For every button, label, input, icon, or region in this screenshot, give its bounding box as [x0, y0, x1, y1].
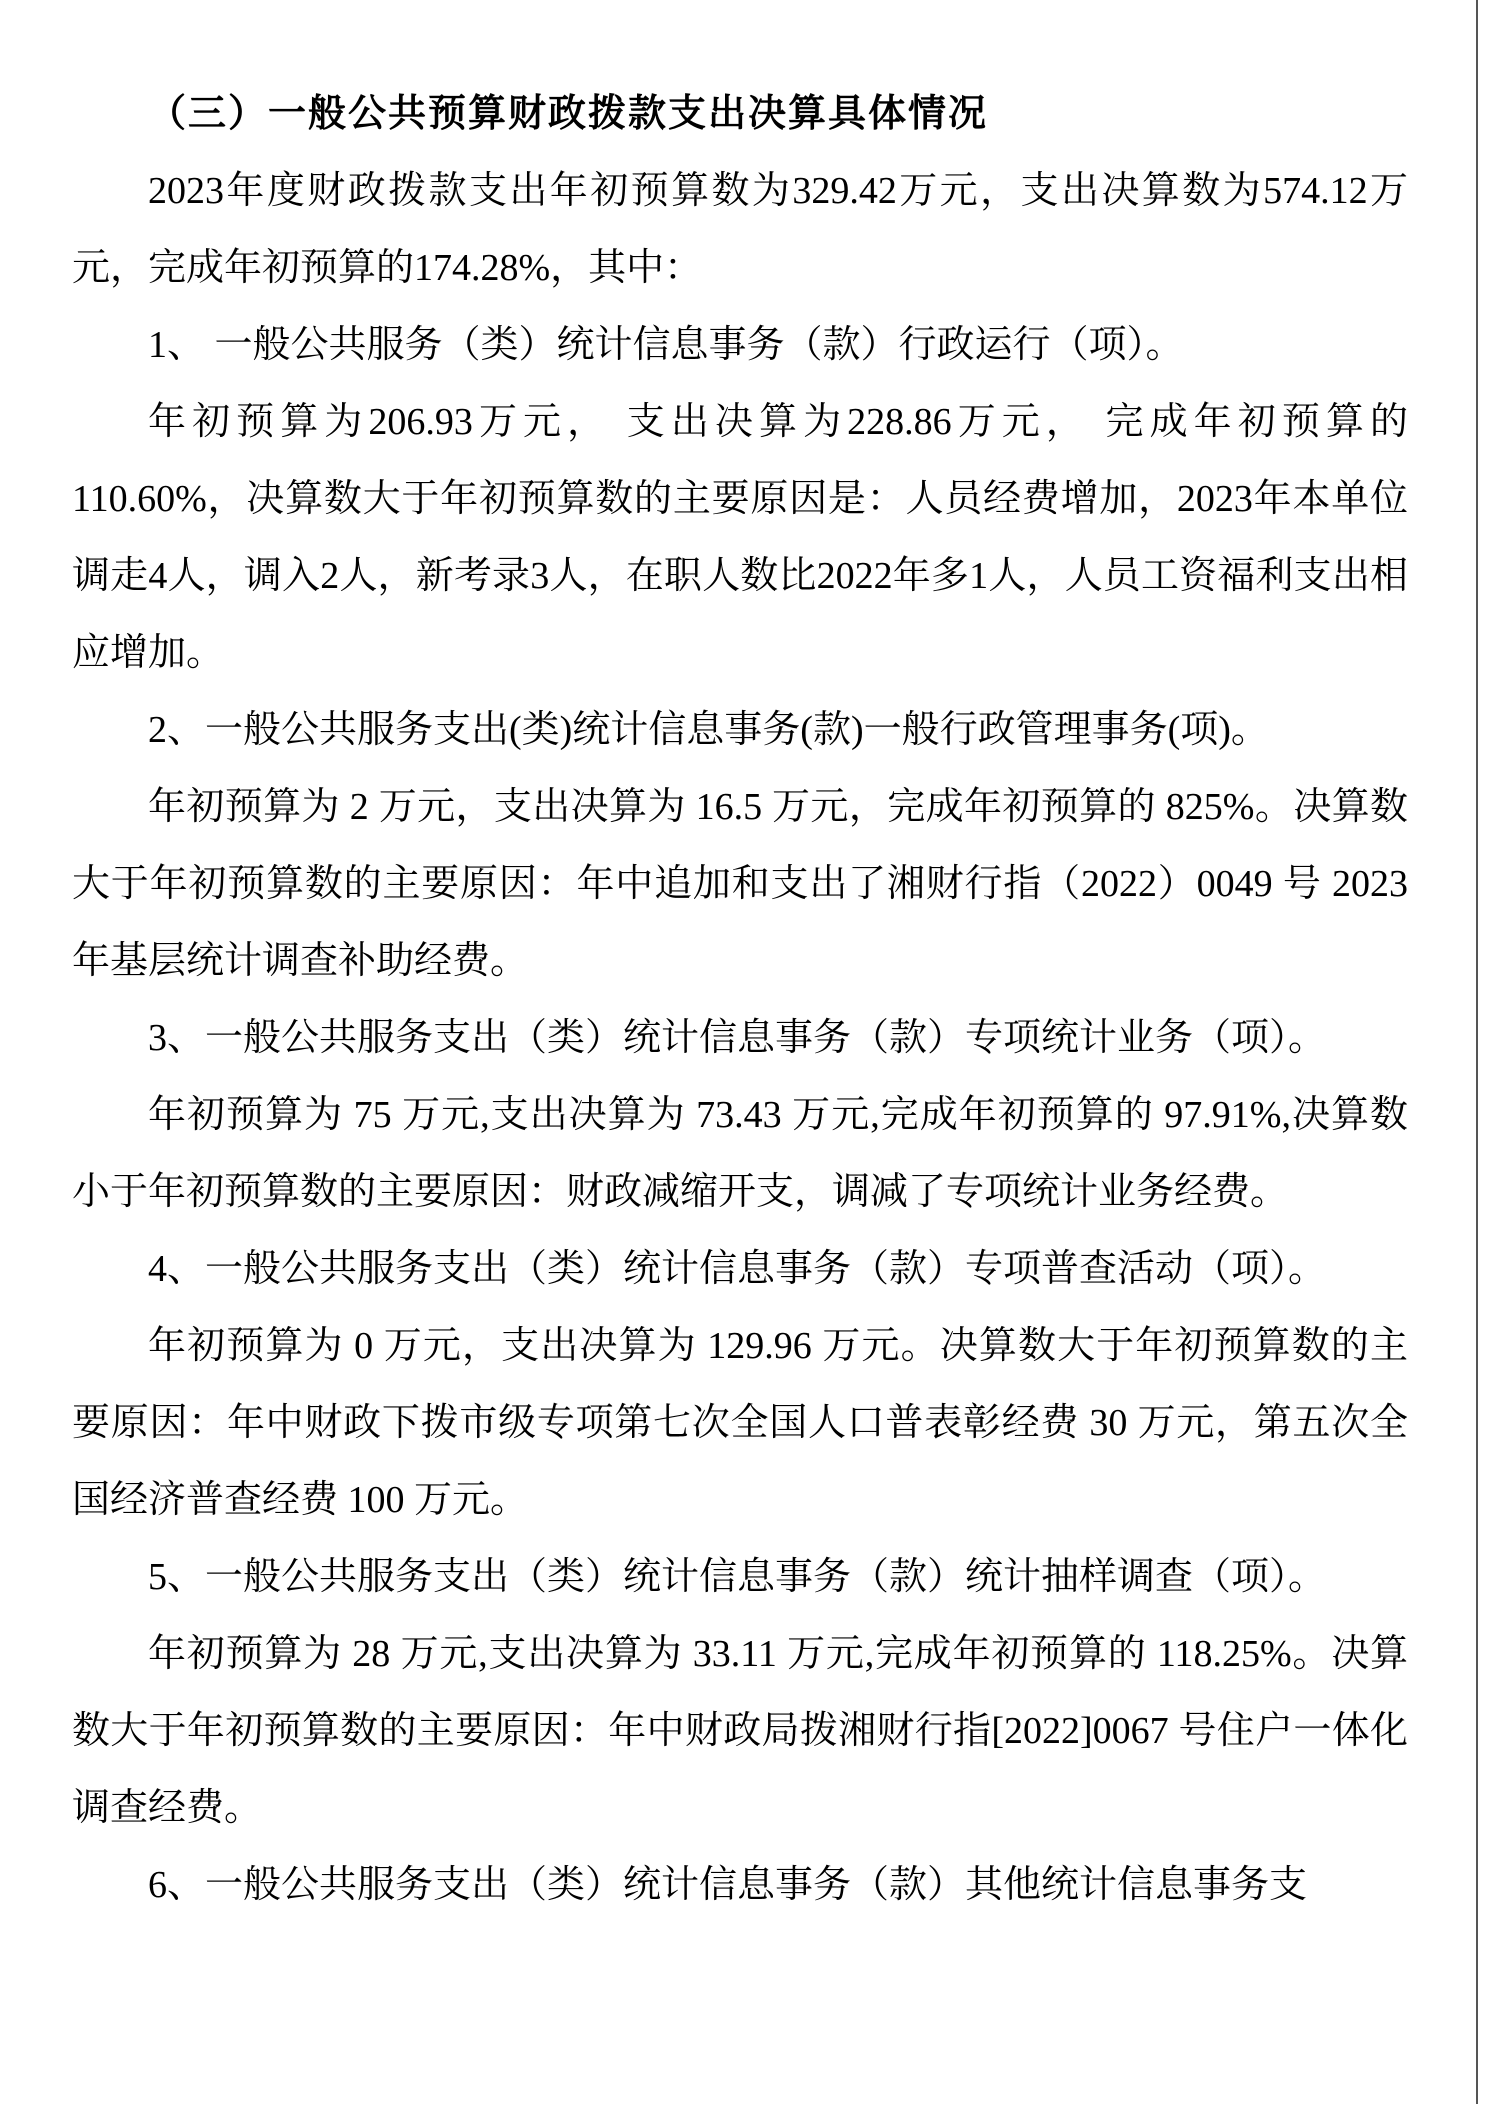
scan-edge-line: [1476, 0, 1478, 2104]
paragraph: 年初预算为 2 万元，支出决算为 16.5 万元，完成年初预算的 825%。决算…: [72, 769, 1408, 1000]
paragraph: 3、一般公共服务支出（类）统计信息事务（款）专项统计业务（项）。: [72, 1000, 1408, 1077]
section-heading: （三）一般公共预算财政拨款支出决算具体情况: [72, 76, 1408, 153]
paragraph: 2023年度财政拨款支出年初预算数为329.42万元，支出决算数为574.12万…: [72, 153, 1408, 307]
paragraph: 年初预算为206.93万元， 支出决算为228.86万元， 完成年初预算的110…: [72, 384, 1408, 692]
document-page: （三）一般公共预算财政拨款支出决算具体情况 2023年度财政拨款支出年初预算数为…: [0, 0, 1488, 2104]
paragraph: 1、 一般公共服务（类）统计信息事务（款）行政运行（项）。: [72, 307, 1408, 384]
paragraph: 年初预算为 0 万元，支出决算为 129.96 万元。决算数大于年初预算数的主要…: [72, 1308, 1408, 1539]
paragraph: 4、一般公共服务支出（类）统计信息事务（款）专项普查活动（项）。: [72, 1231, 1408, 1308]
paragraph: 6、一般公共服务支出（类）统计信息事务（款）其他统计信息事务支: [72, 1847, 1408, 1924]
paragraph: 年初预算为 28 万元,支出决算为 33.11 万元,完成年初预算的 118.2…: [72, 1616, 1408, 1847]
paragraph: 年初预算为 75 万元,支出决算为 73.43 万元,完成年初预算的 97.91…: [72, 1077, 1408, 1231]
paragraph-container: 2023年度财政拨款支出年初预算数为329.42万元，支出决算数为574.12万…: [72, 153, 1408, 1924]
paragraph: 5、一般公共服务支出（类）统计信息事务（款）统计抽样调查（项）。: [72, 1539, 1408, 1616]
paragraph: 2、一般公共服务支出(类)统计信息事务(款)一般行政管理事务(项)。: [72, 692, 1408, 769]
